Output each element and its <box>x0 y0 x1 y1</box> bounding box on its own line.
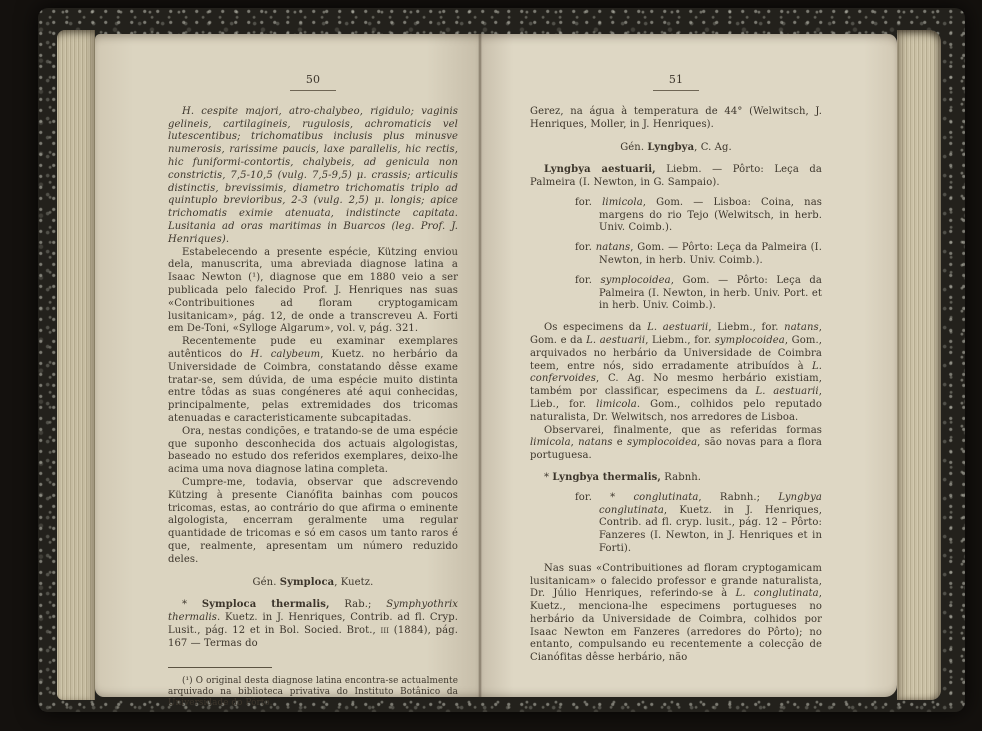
page-edge-stack-left <box>57 30 95 700</box>
genus-heading: Gén. Lyngbya, C. Ag. <box>530 142 822 155</box>
paragraph: Ora, nestas condições, e tratando-se de … <box>168 426 458 477</box>
book-page-left: 50 H. cespite majori, atro-chalybeo, rig… <box>95 34 480 697</box>
form-entry: for. limicola, Gom. — Lisboa: Coina, nas… <box>575 197 822 235</box>
page-number: 51 <box>530 74 822 91</box>
footnote-rule <box>168 667 272 668</box>
right-page-text-column: 51 Gerez, na água à temperatura de 44° (… <box>530 74 822 665</box>
paragraph: Observarei, finalmente, que as referidas… <box>530 425 822 463</box>
paragraph: Cumpre-me, todavia, observar que adscrev… <box>168 477 458 567</box>
species-entry: * Symploca thermalis, Rab.; Symphyothrix… <box>168 599 458 650</box>
book-page-right: 51 Gerez, na água à temperatura de 44° (… <box>480 34 897 697</box>
book-cover-marbled: 50 H. cespite majori, atro-chalybeo, rig… <box>38 8 965 712</box>
form-entry: for. natans, Gom. — Pôrto: Leça da Palme… <box>575 242 822 268</box>
footnote: (¹) O original desta diagnose latina enc… <box>168 676 458 708</box>
latin-diagnosis-paragraph: H. cespite majori, atro-chalybeo, rigidu… <box>168 106 458 247</box>
species-entry: * Lyngbya thermalis, Rabnh. <box>530 472 822 485</box>
page-edge-stack-right <box>897 30 941 700</box>
paragraph: Estabelecendo a presente espécie, Kützin… <box>168 247 458 337</box>
form-entry: for. symplocoidea, Gom. — Pôrto: Leça da… <box>575 275 822 313</box>
genus-heading: Gén. Symploca, Kuetz. <box>168 577 458 590</box>
left-page-text-column: 50 H. cespite majori, atro-chalybeo, rig… <box>168 74 458 708</box>
book-gutter-shadow <box>478 34 482 697</box>
paragraph: Nas suas «Contribuitiones ad floram cryp… <box>530 563 822 665</box>
paragraph: Gerez, na água à temperatura de 44° (Wel… <box>530 106 822 132</box>
paragraph: Os especimens da L. aestuarii, Liebm., f… <box>530 322 822 424</box>
species-entry: Lyngbya aestuarii, Liebm. — Pôrto: Leça … <box>530 164 822 190</box>
form-entry: for. * conglutinata, Rabnh.; Lyngbya con… <box>575 492 822 556</box>
photo-background: 50 H. cespite majori, atro-chalybeo, rig… <box>0 0 982 731</box>
page-number: 50 <box>168 74 458 91</box>
paragraph: Recentemente pude eu examinar exemplares… <box>168 336 458 426</box>
